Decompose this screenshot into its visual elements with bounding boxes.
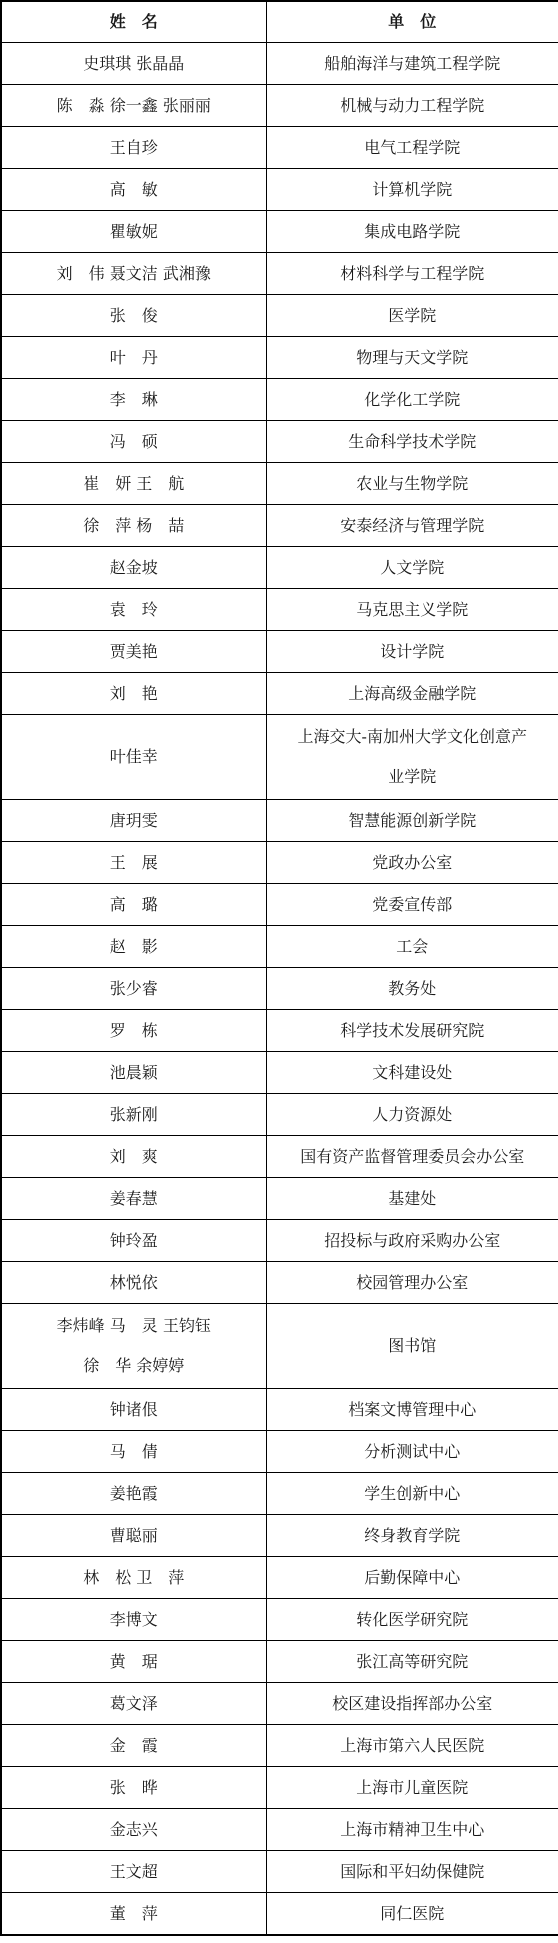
unit-cell: 上海市儿童医院: [266, 1767, 558, 1809]
name-cell: 金 霞: [1, 1725, 266, 1767]
table-row: 徐 萍 杨 喆安泰经济与管理学院: [1, 505, 558, 547]
name-cell: 姜春慧: [1, 1178, 266, 1220]
table-row: 王自珍电气工程学院: [1, 127, 558, 169]
unit-cell: 张江高等研究院: [266, 1641, 558, 1683]
table-row: 林 松 卫 萍后勤保障中心: [1, 1557, 558, 1599]
table-row: 罗 栋科学技术发展研究院: [1, 1010, 558, 1052]
table-row: 高 敏计算机学院: [1, 169, 558, 211]
name-cell: 马 倩: [1, 1431, 266, 1473]
name-cell: 瞿敏妮: [1, 211, 266, 253]
unit-cell: 人力资源处: [266, 1094, 558, 1136]
unit-cell: 党委宣传部: [266, 884, 558, 926]
name-cell: 高 敏: [1, 169, 266, 211]
table-row: 钟诸佷档案文博管理中心: [1, 1389, 558, 1431]
name-cell: 崔 妍 王 航: [1, 463, 266, 505]
unit-cell: 农业与生物学院: [266, 463, 558, 505]
table-row: 李炜峰 马 灵 王钧钰 徐 华 余婷婷图书馆: [1, 1304, 558, 1389]
unit-cell: 上海市第六人民医院: [266, 1725, 558, 1767]
unit-column-header: 单 位: [266, 1, 558, 43]
name-cell: 钟诸佷: [1, 1389, 266, 1431]
unit-cell: 智慧能源创新学院: [266, 800, 558, 842]
table-row: 林悦依校园管理办公室: [1, 1262, 558, 1304]
name-cell: 林 松 卫 萍: [1, 1557, 266, 1599]
table-row: 叶 丹物理与天文学院: [1, 337, 558, 379]
table-row: 李博文转化医学研究院: [1, 1599, 558, 1641]
name-cell: 王 展: [1, 842, 266, 884]
table-row: 赵 影工会: [1, 926, 558, 968]
table-row: 贾美艳设计学院: [1, 631, 558, 673]
name-cell: 金志兴: [1, 1809, 266, 1851]
name-cell: 张 俊: [1, 295, 266, 337]
unit-cell: 科学技术发展研究院: [266, 1010, 558, 1052]
name-cell: 林悦依: [1, 1262, 266, 1304]
unit-cell: 文科建设处: [266, 1052, 558, 1094]
table-row: 张新刚人力资源处: [1, 1094, 558, 1136]
table-row: 刘 伟 聂文洁 武湘豫材料科学与工程学院: [1, 253, 558, 295]
table-row: 姜艳霞学生创新中心: [1, 1473, 558, 1515]
table-row: 王 展党政办公室: [1, 842, 558, 884]
table-body: 史琪琪 张晶晶船舶海洋与建筑工程学院陈 淼 徐一鑫 张丽丽机械与动力工程学院王自…: [1, 43, 558, 1936]
unit-cell: 图书馆: [266, 1304, 558, 1389]
table-row: 袁 玲马克思主义学院: [1, 589, 558, 631]
name-cell: 钟玲盈: [1, 1220, 266, 1262]
name-cell: 张 晔: [1, 1767, 266, 1809]
table-row: 葛文泽校区建设指挥部办公室: [1, 1683, 558, 1725]
unit-cell: 学生创新中心: [266, 1473, 558, 1515]
unit-cell: 材料科学与工程学院: [266, 253, 558, 295]
table-row: 姜春慧基建处: [1, 1178, 558, 1220]
unit-cell: 同仁医院: [266, 1893, 558, 1936]
unit-cell: 上海交大-南加州大学文化创意产 业学院: [266, 715, 558, 800]
name-cell: 袁 玲: [1, 589, 266, 631]
name-cell: 叶 丹: [1, 337, 266, 379]
unit-cell: 船舶海洋与建筑工程学院: [266, 43, 558, 85]
unit-cell: 上海高级金融学院: [266, 673, 558, 715]
table-row: 陈 淼 徐一鑫 张丽丽机械与动力工程学院: [1, 85, 558, 127]
unit-cell: 计算机学院: [266, 169, 558, 211]
table-row: 池晨颖文科建设处: [1, 1052, 558, 1094]
table-row: 王文超国际和平妇幼保健院: [1, 1851, 558, 1893]
unit-cell: 上海市精神卫生中心: [266, 1809, 558, 1851]
name-cell: 李博文: [1, 1599, 266, 1641]
table-row: 史琪琪 张晶晶船舶海洋与建筑工程学院: [1, 43, 558, 85]
table-row: 黄 琚张江高等研究院: [1, 1641, 558, 1683]
name-cell: 董 萍: [1, 1893, 266, 1936]
table-row: 刘 艳上海高级金融学院: [1, 673, 558, 715]
table-row: 高 璐党委宣传部: [1, 884, 558, 926]
unit-cell: 党政办公室: [266, 842, 558, 884]
unit-cell: 电气工程学院: [266, 127, 558, 169]
name-cell: 刘 爽: [1, 1136, 266, 1178]
unit-cell: 生命科学技术学院: [266, 421, 558, 463]
name-cell: 贾美艳: [1, 631, 266, 673]
table-row: 钟玲盈招投标与政府采购办公室: [1, 1220, 558, 1262]
name-cell: 李炜峰 马 灵 王钧钰 徐 华 余婷婷: [1, 1304, 266, 1389]
table-row: 冯 硕生命科学技术学院: [1, 421, 558, 463]
table-row: 张少睿教务处: [1, 968, 558, 1010]
unit-cell: 基建处: [266, 1178, 558, 1220]
name-cell: 徐 萍 杨 喆: [1, 505, 266, 547]
table-row: 张 晔上海市儿童医院: [1, 1767, 558, 1809]
unit-cell: 国有资产监督管理委员会办公室: [266, 1136, 558, 1178]
table-row: 金志兴上海市精神卫生中心: [1, 1809, 558, 1851]
name-cell: 刘 伟 聂文洁 武湘豫: [1, 253, 266, 295]
name-cell: 刘 艳: [1, 673, 266, 715]
unit-cell: 人文学院: [266, 547, 558, 589]
unit-cell: 后勤保障中心: [266, 1557, 558, 1599]
table-row: 赵金坡人文学院: [1, 547, 558, 589]
name-cell: 赵 影: [1, 926, 266, 968]
table-row: 瞿敏妮集成电路学院: [1, 211, 558, 253]
unit-cell: 机械与动力工程学院: [266, 85, 558, 127]
name-column-header: 姓 名: [1, 1, 266, 43]
name-cell: 李 琳: [1, 379, 266, 421]
unit-cell: 校区建设指挥部办公室: [266, 1683, 558, 1725]
name-cell: 唐玥雯: [1, 800, 266, 842]
unit-cell: 物理与天文学院: [266, 337, 558, 379]
name-cell: 史琪琪 张晶晶: [1, 43, 266, 85]
unit-cell: 化学化工学院: [266, 379, 558, 421]
name-cell: 叶佳幸: [1, 715, 266, 800]
unit-cell: 终身教育学院: [266, 1515, 558, 1557]
name-cell: 王自珍: [1, 127, 266, 169]
name-cell: 罗 栋: [1, 1010, 266, 1052]
unit-cell: 工会: [266, 926, 558, 968]
table-row: 唐玥雯智慧能源创新学院: [1, 800, 558, 842]
name-cell: 陈 淼 徐一鑫 张丽丽: [1, 85, 266, 127]
name-cell: 葛文泽: [1, 1683, 266, 1725]
table-row: 董 萍同仁医院: [1, 1893, 558, 1936]
name-cell: 曹聪丽: [1, 1515, 266, 1557]
table-row: 张 俊医学院: [1, 295, 558, 337]
name-cell: 姜艳霞: [1, 1473, 266, 1515]
unit-cell: 国际和平妇幼保健院: [266, 1851, 558, 1893]
table-row: 金 霞上海市第六人民医院: [1, 1725, 558, 1767]
name-cell: 赵金坡: [1, 547, 266, 589]
name-cell: 冯 硕: [1, 421, 266, 463]
name-cell: 王文超: [1, 1851, 266, 1893]
table-row: 李 琳化学化工学院: [1, 379, 558, 421]
unit-cell: 设计学院: [266, 631, 558, 673]
table-row: 崔 妍 王 航农业与生物学院: [1, 463, 558, 505]
name-cell: 张少睿: [1, 968, 266, 1010]
unit-cell: 集成电路学院: [266, 211, 558, 253]
unit-cell: 档案文博管理中心: [266, 1389, 558, 1431]
roster-table: 姓 名 单 位 史琪琪 张晶晶船舶海洋与建筑工程学院陈 淼 徐一鑫 张丽丽机械与…: [0, 0, 558, 1936]
unit-cell: 马克思主义学院: [266, 589, 558, 631]
name-cell: 张新刚: [1, 1094, 266, 1136]
table-row: 曹聪丽终身教育学院: [1, 1515, 558, 1557]
unit-cell: 招投标与政府采购办公室: [266, 1220, 558, 1262]
name-cell: 黄 琚: [1, 1641, 266, 1683]
unit-cell: 校园管理办公室: [266, 1262, 558, 1304]
table-row: 刘 爽国有资产监督管理委员会办公室: [1, 1136, 558, 1178]
table-header-row: 姓 名 单 位: [1, 1, 558, 43]
unit-cell: 教务处: [266, 968, 558, 1010]
table-row: 叶佳幸上海交大-南加州大学文化创意产 业学院: [1, 715, 558, 800]
unit-cell: 分析测试中心: [266, 1431, 558, 1473]
name-cell: 高 璐: [1, 884, 266, 926]
table-row: 马 倩分析测试中心: [1, 1431, 558, 1473]
unit-cell: 医学院: [266, 295, 558, 337]
name-cell: 池晨颖: [1, 1052, 266, 1094]
unit-cell: 安泰经济与管理学院: [266, 505, 558, 547]
unit-cell: 转化医学研究院: [266, 1599, 558, 1641]
